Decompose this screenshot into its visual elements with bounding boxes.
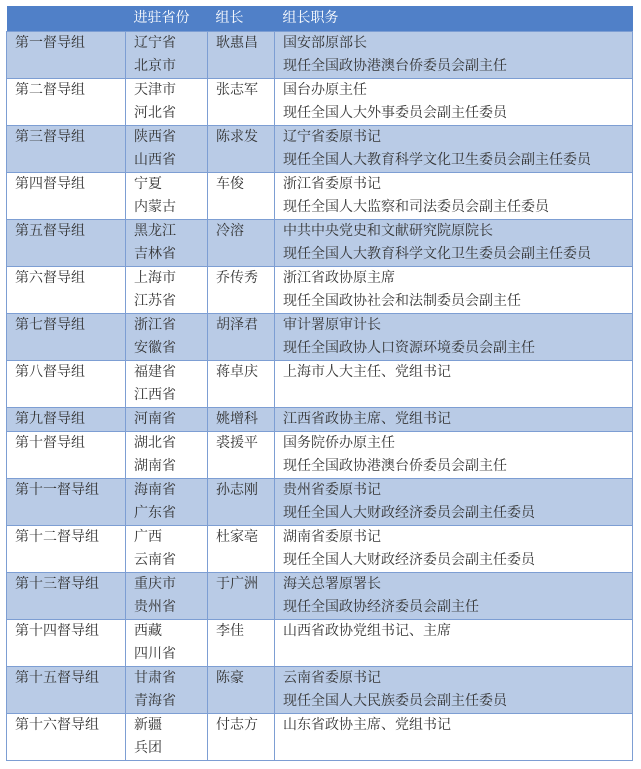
provinces-cell-line: 江苏省	[134, 290, 199, 313]
leader-cell-line: 付志方	[216, 714, 266, 737]
position-cell: 国安部原部长现任全国政协港澳台侨委员会副主任	[275, 32, 633, 79]
provinces-cell: 福建省江西省	[126, 361, 208, 408]
table-row: 第七督导组浙江省安徽省胡泽君审计署原审计长现任全国政协人口资源环境委员会副主任	[7, 314, 633, 361]
position-cell-line: 审计署原审计长	[283, 314, 624, 337]
group-name-cell-line: 第一督导组	[15, 32, 117, 55]
provinces-cell: 宁夏内蒙古	[126, 173, 208, 220]
group-name-cell: 第十二督导组	[7, 526, 126, 573]
provinces-cell-line: 辽宁省	[134, 32, 199, 55]
provinces-cell-line: 湖北省	[134, 432, 199, 455]
position-cell-line: 山东省政协主席、党组书记	[283, 714, 624, 737]
leader-cell-line: 耿惠昌	[216, 32, 266, 55]
provinces-cell: 河南省	[126, 408, 208, 432]
position-cell: 国台办原主任现任全国人大外事委员会副主任委员	[275, 79, 633, 126]
group-name-cell: 第十一督导组	[7, 479, 126, 526]
position-cell-line: 海关总署原署长	[283, 573, 624, 596]
group-name-cell: 第九督导组	[7, 408, 126, 432]
position-cell-line: 上海市人大主任、党组书记	[283, 361, 624, 384]
group-name-cell: 第五督导组	[7, 220, 126, 267]
position-cell-line: 现任全国政协经济委员会副主任	[283, 596, 624, 619]
position-cell: 浙江省政协原主席现任全国政协社会和法制委员会副主任	[275, 267, 633, 314]
provinces-cell-line: 贵州省	[134, 596, 199, 619]
leader-cell: 付志方	[208, 714, 275, 761]
group-name-cell-line: 第四督导组	[15, 173, 117, 196]
leader-cell: 孙志刚	[208, 479, 275, 526]
provinces-cell: 陕西省山西省	[126, 126, 208, 173]
position-cell-line: 中共中央党史和文献研究院原院长	[283, 220, 624, 243]
leader-cell-line: 胡泽君	[216, 314, 266, 337]
leader-cell-line: 陈求发	[216, 126, 266, 149]
table-row: 第十三督导组重庆市贵州省于广洲海关总署原署长现任全国政协经济委员会副主任	[7, 573, 633, 620]
leader-cell: 姚增科	[208, 408, 275, 432]
group-name-cell-line: 第十督导组	[15, 432, 117, 455]
provinces-cell: 上海市江苏省	[126, 267, 208, 314]
header-provinces: 进驻省份	[126, 6, 208, 32]
group-name-cell: 第八督导组	[7, 361, 126, 408]
leader-cell: 耿惠昌	[208, 32, 275, 79]
position-cell: 辽宁省委原书记现任全国人大教育科学文化卫生委员会副主任委员	[275, 126, 633, 173]
group-name-cell: 第四督导组	[7, 173, 126, 220]
provinces-cell-line: 广东省	[134, 502, 199, 525]
header-position: 组长职务	[275, 6, 633, 32]
leader-cell-line: 姚增科	[216, 408, 266, 431]
leader-cell-line: 于广洲	[216, 573, 266, 596]
provinces-cell-line: 青海省	[134, 690, 199, 713]
position-cell-line: 浙江省政协原主席	[283, 267, 624, 290]
leader-cell-line: 裘援平	[216, 432, 266, 455]
table-row: 第十二督导组广西云南省杜家亳湖南省委原书记现任全国人大财政经济委员会副主任委员	[7, 526, 633, 573]
table-row: 第十六督导组新疆兵团付志方山东省政协主席、党组书记	[7, 714, 633, 761]
position-cell-line	[283, 643, 624, 666]
table-row: 第九督导组河南省姚增科江西省政协主席、党组书记	[7, 408, 633, 432]
group-name-cell: 第十四督导组	[7, 620, 126, 667]
group-name-cell: 第十督导组	[7, 432, 126, 479]
position-cell: 湖南省委原书记现任全国人大财政经济委员会副主任委员	[275, 526, 633, 573]
position-cell-line: 现任全国人大财政经济委员会副主任委员	[283, 502, 624, 525]
provinces-cell-line: 甘肃省	[134, 667, 199, 690]
group-name-cell: 第二督导组	[7, 79, 126, 126]
provinces-cell: 辽宁省北京市	[126, 32, 208, 79]
group-name-cell-line: 第十一督导组	[15, 479, 117, 502]
leader-cell-line: 孙志刚	[216, 479, 266, 502]
position-cell: 贵州省委原书记现任全国人大财政经济委员会副主任委员	[275, 479, 633, 526]
table-row: 第五督导组黑龙江吉林省冷溶中共中央党史和文献研究院原院长现任全国人大教育科学文化…	[7, 220, 633, 267]
position-cell-line: 现任全国政协港澳台侨委员会副主任	[283, 55, 624, 78]
provinces-cell: 天津市河北省	[126, 79, 208, 126]
provinces-cell-line: 黑龙江	[134, 220, 199, 243]
group-name-cell-line: 第九督导组	[15, 408, 117, 431]
group-name-cell: 第三督导组	[7, 126, 126, 173]
leader-cell: 冷溶	[208, 220, 275, 267]
provinces-cell-line: 兵团	[134, 737, 199, 760]
group-name-cell-line: 第十四督导组	[15, 620, 117, 643]
provinces-cell-line: 四川省	[134, 643, 199, 666]
group-name-cell-line: 第十六督导组	[15, 714, 117, 737]
position-cell: 江西省政协主席、党组书记	[275, 408, 633, 432]
position-cell-line: 国务院侨办原主任	[283, 432, 624, 455]
position-cell: 云南省委原书记现任全国人大民族委员会副主任委员	[275, 667, 633, 714]
position-cell-line: 现任全国政协港澳台侨委员会副主任	[283, 455, 624, 478]
provinces-cell: 浙江省安徽省	[126, 314, 208, 361]
position-cell-line: 现任全国政协人口资源环境委员会副主任	[283, 337, 624, 360]
position-cell-line: 贵州省委原书记	[283, 479, 624, 502]
leader-cell: 李佳	[208, 620, 275, 667]
position-cell: 山东省政协主席、党组书记	[275, 714, 633, 761]
leader-cell: 裘援平	[208, 432, 275, 479]
provinces-cell-line: 福建省	[134, 361, 199, 384]
provinces-cell-line: 安徽省	[134, 337, 199, 360]
provinces-cell-line: 海南省	[134, 479, 199, 502]
position-cell: 山西省政协党组书记、主席	[275, 620, 633, 667]
header-row: 进驻省份 组长 组长职务	[7, 6, 633, 32]
position-cell-line: 国安部原部长	[283, 32, 624, 55]
provinces-cell-line: 江西省	[134, 384, 199, 407]
leader-cell: 杜家亳	[208, 526, 275, 573]
leader-cell: 胡泽君	[208, 314, 275, 361]
position-cell-line: 湖南省委原书记	[283, 526, 624, 549]
position-cell-line: 现任全国人大财政经济委员会副主任委员	[283, 549, 624, 572]
provinces-cell-line: 云南省	[134, 549, 199, 572]
provinces-cell-line: 广西	[134, 526, 199, 549]
provinces-cell-line: 宁夏	[134, 173, 199, 196]
leader-cell-line: 蒋卓庆	[216, 361, 266, 384]
provinces-cell: 湖北省湖南省	[126, 432, 208, 479]
position-cell-line	[283, 384, 624, 407]
table-row: 第十四督导组西藏四川省李佳山西省政协党组书记、主席	[7, 620, 633, 667]
provinces-cell: 广西云南省	[126, 526, 208, 573]
provinces-cell-line: 西藏	[134, 620, 199, 643]
position-cell: 国务院侨办原主任现任全国政协港澳台侨委员会副主任	[275, 432, 633, 479]
group-name-cell: 第六督导组	[7, 267, 126, 314]
leader-cell: 陈求发	[208, 126, 275, 173]
position-cell-line: 现任全国人大监察和司法委员会副主任委员	[283, 196, 624, 219]
provinces-cell-line: 陕西省	[134, 126, 199, 149]
leader-cell-line: 冷溶	[216, 220, 266, 243]
provinces-cell: 重庆市贵州省	[126, 573, 208, 620]
provinces-cell-line: 湖南省	[134, 455, 199, 478]
position-cell: 海关总署原署长现任全国政协经济委员会副主任	[275, 573, 633, 620]
position-cell-line: 现任全国人大教育科学文化卫生委员会副主任委员	[283, 243, 624, 266]
position-cell: 上海市人大主任、党组书记	[275, 361, 633, 408]
header-group	[7, 6, 126, 32]
group-name-cell-line: 第十五督导组	[15, 667, 117, 690]
position-cell-line: 现任全国人大民族委员会副主任委员	[283, 690, 624, 713]
position-cell: 浙江省委原书记现任全国人大监察和司法委员会副主任委员	[275, 173, 633, 220]
leader-cell: 蒋卓庆	[208, 361, 275, 408]
position-cell-line: 云南省委原书记	[283, 667, 624, 690]
leader-cell: 张志军	[208, 79, 275, 126]
leader-cell-line: 张志军	[216, 79, 266, 102]
group-name-cell: 第十三督导组	[7, 573, 126, 620]
provinces-cell-line: 北京市	[134, 55, 199, 78]
provinces-cell-line: 上海市	[134, 267, 199, 290]
leader-cell-line: 陈豪	[216, 667, 266, 690]
table-row: 第六督导组上海市江苏省乔传秀浙江省政协原主席现任全国政协社会和法制委员会副主任	[7, 267, 633, 314]
position-cell: 中共中央党史和文献研究院原院长现任全国人大教育科学文化卫生委员会副主任委员	[275, 220, 633, 267]
group-name-cell-line: 第三督导组	[15, 126, 117, 149]
group-name-cell-line: 第八督导组	[15, 361, 117, 384]
group-name-cell-line: 第十三督导组	[15, 573, 117, 596]
group-name-cell-line: 第五督导组	[15, 220, 117, 243]
provinces-cell-line: 河南省	[134, 408, 199, 431]
provinces-cell-line: 重庆市	[134, 573, 199, 596]
position-cell: 审计署原审计长现任全国政协人口资源环境委员会副主任	[275, 314, 633, 361]
group-name-cell-line: 第六督导组	[15, 267, 117, 290]
group-name-cell: 第十五督导组	[7, 667, 126, 714]
position-cell-line: 山西省政协党组书记、主席	[283, 620, 624, 643]
table-row: 第四督导组宁夏内蒙古车俊浙江省委原书记现任全国人大监察和司法委员会副主任委员	[7, 173, 633, 220]
group-name-cell-line: 第七督导组	[15, 314, 117, 337]
position-cell-line: 现任全国人大教育科学文化卫生委员会副主任委员	[283, 149, 624, 172]
supervision-groups-table: 进驻省份 组长 组长职务 第一督导组辽宁省北京市耿惠昌国安部原部长现任全国政协港…	[6, 6, 633, 761]
table-row: 第二督导组天津市河北省张志军国台办原主任现任全国人大外事委员会副主任委员	[7, 79, 633, 126]
table-row: 第八督导组福建省江西省蒋卓庆上海市人大主任、党组书记	[7, 361, 633, 408]
provinces-cell-line: 山西省	[134, 149, 199, 172]
position-cell-line: 国台办原主任	[283, 79, 624, 102]
position-cell-line: 江西省政协主席、党组书记	[283, 408, 624, 431]
group-name-cell: 第十六督导组	[7, 714, 126, 761]
group-name-cell-line: 第二督导组	[15, 79, 117, 102]
position-cell-line: 辽宁省委原书记	[283, 126, 624, 149]
provinces-cell-line: 新疆	[134, 714, 199, 737]
provinces-cell: 新疆兵团	[126, 714, 208, 761]
provinces-cell-line: 浙江省	[134, 314, 199, 337]
position-cell-line: 现任全国人大外事委员会副主任委员	[283, 102, 624, 125]
provinces-cell: 甘肃省青海省	[126, 667, 208, 714]
table-row: 第十五督导组甘肃省青海省陈豪云南省委原书记现任全国人大民族委员会副主任委员	[7, 667, 633, 714]
position-cell-line: 浙江省委原书记	[283, 173, 624, 196]
leader-cell-line: 乔传秀	[216, 267, 266, 290]
leader-cell-line: 车俊	[216, 173, 266, 196]
provinces-cell-line: 内蒙古	[134, 196, 199, 219]
provinces-cell-line: 河北省	[134, 102, 199, 125]
position-cell-line: 现任全国政协社会和法制委员会副主任	[283, 290, 624, 313]
leader-cell: 于广洲	[208, 573, 275, 620]
leader-cell: 乔传秀	[208, 267, 275, 314]
provinces-cell-line: 吉林省	[134, 243, 199, 266]
leader-cell-line: 李佳	[216, 620, 266, 643]
header-leader: 组长	[208, 6, 275, 32]
leader-cell-line: 杜家亳	[216, 526, 266, 549]
provinces-cell-line: 天津市	[134, 79, 199, 102]
table-row: 第十一督导组海南省广东省孙志刚贵州省委原书记现任全国人大财政经济委员会副主任委员	[7, 479, 633, 526]
position-cell-line	[283, 737, 624, 760]
table-row: 第一督导组辽宁省北京市耿惠昌国安部原部长现任全国政协港澳台侨委员会副主任	[7, 32, 633, 79]
provinces-cell: 海南省广东省	[126, 479, 208, 526]
table-row: 第十督导组湖北省湖南省裘援平国务院侨办原主任现任全国政协港澳台侨委员会副主任	[7, 432, 633, 479]
provinces-cell: 西藏四川省	[126, 620, 208, 667]
group-name-cell: 第七督导组	[7, 314, 126, 361]
provinces-cell: 黑龙江吉林省	[126, 220, 208, 267]
leader-cell: 车俊	[208, 173, 275, 220]
table-row: 第三督导组陕西省山西省陈求发辽宁省委原书记现任全国人大教育科学文化卫生委员会副主…	[7, 126, 633, 173]
group-name-cell-line: 第十二督导组	[15, 526, 117, 549]
leader-cell: 陈豪	[208, 667, 275, 714]
group-name-cell: 第一督导组	[7, 32, 126, 79]
